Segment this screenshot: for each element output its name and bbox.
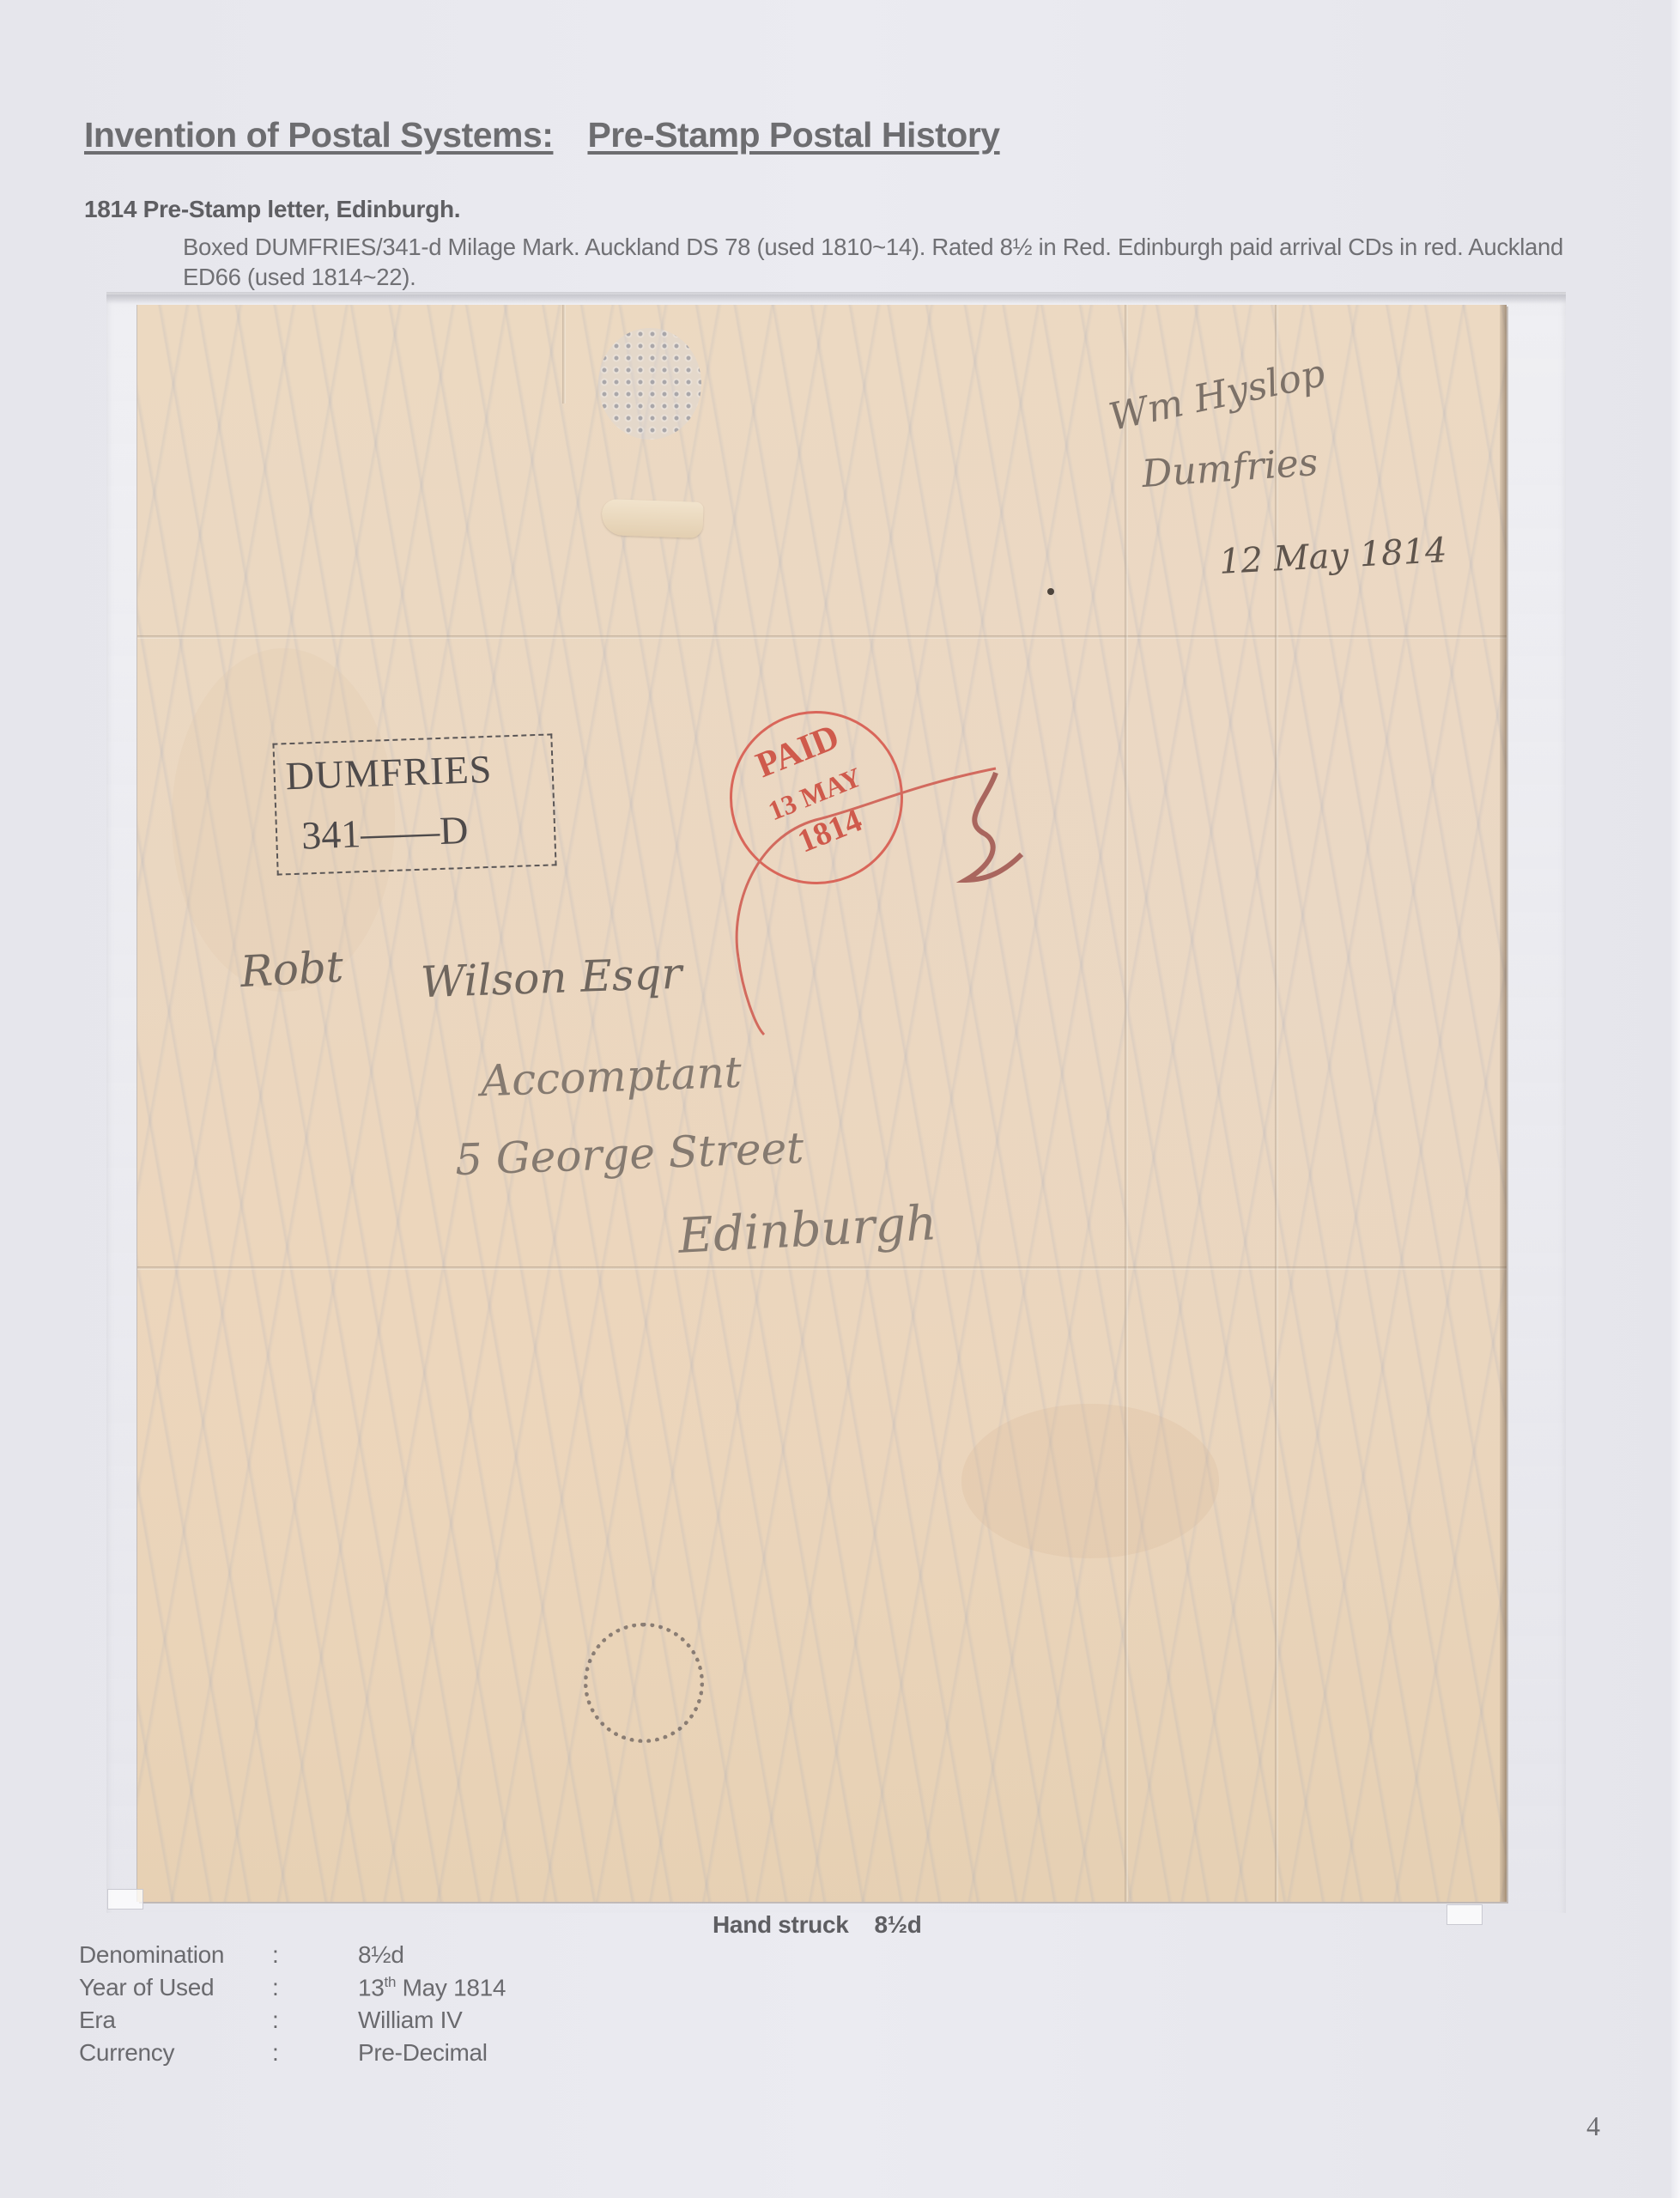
detail-value: 13th May 1814: [358, 1974, 506, 2001]
item-heading: 1814 Pre-Stamp letter, Edinburgh.: [84, 196, 460, 223]
title-section: Invention of Postal Systems:: [84, 115, 553, 155]
caption: Hand struck 8½d: [713, 1911, 922, 1939]
page-edge: [1671, 0, 1680, 2198]
detail-row-year: Year of Used : 13th May 1814: [79, 1974, 506, 2007]
details-table: Denomination : 8½d Year of Used : 13th M…: [79, 1941, 506, 2072]
detail-label: Year of Used: [79, 1974, 272, 2001]
detail-value-rest: May 1814: [396, 1974, 506, 2001]
detail-value-day: 13: [358, 1974, 385, 2001]
address-occupation: Accomptant: [480, 1047, 743, 1107]
detail-colon: :: [272, 2007, 358, 2034]
detail-value: William IV: [358, 2007, 462, 2034]
detail-value: Pre-Decimal: [358, 2039, 488, 2067]
page-title: Invention of Postal Systems:Pre-Stamp Po…: [84, 115, 1000, 155]
album-page: Invention of Postal Systems:Pre-Stamp Po…: [0, 0, 1680, 2198]
mount-hinge: [107, 1889, 143, 1910]
address-name: Wilson Esqr: [420, 949, 682, 1008]
detail-row-era: Era : William IV: [79, 2007, 506, 2039]
entire-letter: Wm Hyslop Dumfries 12 May 1814 DUMFRIES …: [137, 305, 1507, 1902]
backstamp-circle: [584, 1623, 704, 1743]
manuscript-rate-stroke: [137, 305, 1507, 1902]
detail-row-denomination: Denomination : 8½d: [79, 1941, 506, 1974]
sleeve-top-edge: [106, 292, 1566, 304]
caption-label: Hand struck: [713, 1911, 849, 1938]
detail-label: Currency: [79, 2039, 272, 2067]
address-title: Robt: [240, 942, 345, 997]
detail-colon: :: [272, 1941, 358, 1969]
title-topic: Pre-Stamp Postal History: [587, 115, 999, 155]
mount-hinge: [1446, 1904, 1483, 1925]
item-description: Boxed DUMFRIES/341-d Milage Mark. Auckla…: [183, 232, 1625, 292]
detail-row-currency: Currency : Pre-Decimal: [79, 2039, 506, 2072]
detail-value-ordinal: th: [385, 1974, 397, 1990]
detail-label: Era: [79, 2007, 272, 2034]
detail-colon: :: [272, 1974, 358, 2001]
detail-value: 8½d: [358, 1941, 404, 1969]
page-number: 4: [1586, 2110, 1600, 2142]
caption-value: 8½d: [874, 1911, 921, 1938]
detail-label: Denomination: [79, 1941, 272, 1969]
detail-colon: :: [272, 2039, 358, 2067]
